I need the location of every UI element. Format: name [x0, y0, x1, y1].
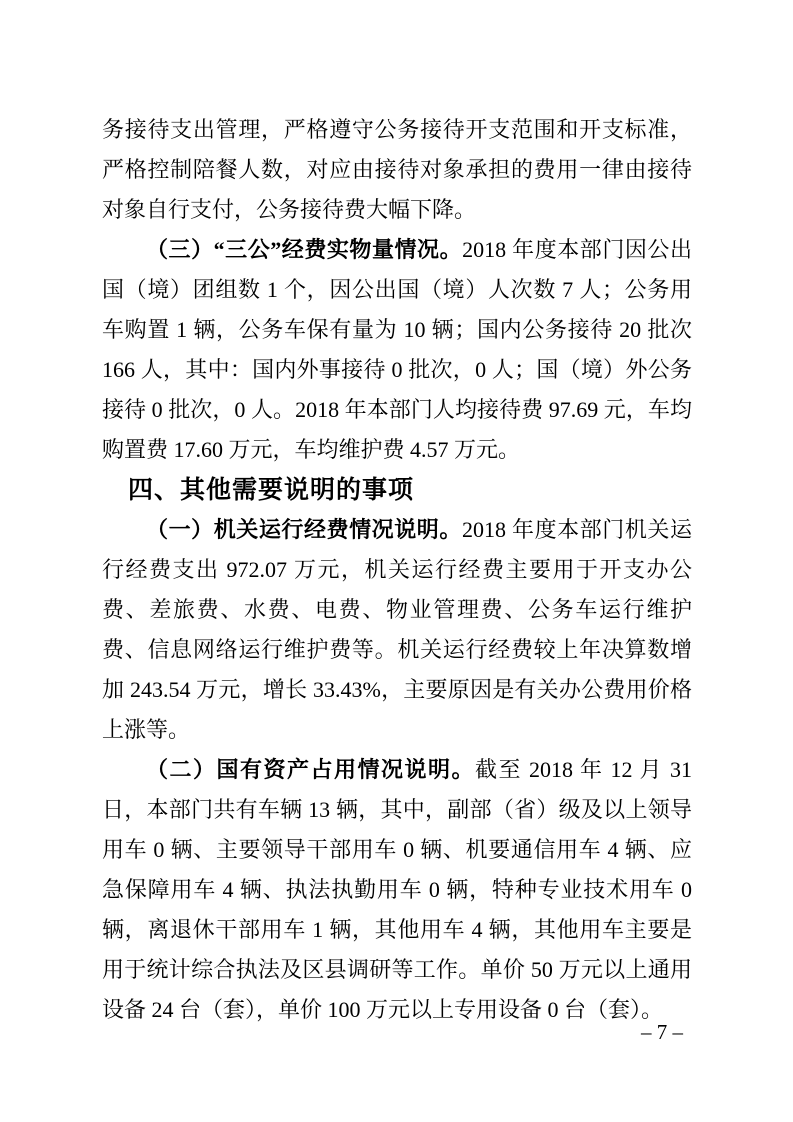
document-page: 务接待支出管理，严格遵守公务接待开支范围和开支标准，严格控制陪餐人数，对应由接待…	[0, 0, 793, 1122]
section-heading-text: 四、其他需要说明的事项	[128, 475, 414, 504]
paragraph-body: 2018 年度本部门机关运行经费支出 972.07 万元，机关运行经费主要用于开…	[102, 517, 692, 742]
paragraph-body: 截至 2018 年 12 月 31 日，本部门共有车辆 13 辆，其中，副部（省…	[102, 757, 692, 1022]
paragraph-section-3: （三）“三公”经费实物量情况。2018 年度本部门因公出国（境）团组数 1 个，…	[102, 230, 692, 470]
paragraph-section-4-2: （二）国有资产占用情况说明。截至 2018 年 12 月 31 日，本部门共有车…	[102, 750, 692, 1030]
paragraph-lead: （一）机关运行经费情况说明。	[146, 517, 462, 542]
page-body-text: 务接待支出管理，严格遵守公务接待开支范围和开支标准，严格控制陪餐人数，对应由接待…	[102, 110, 692, 1030]
section-heading-4: 四、其他需要说明的事项	[102, 470, 692, 510]
paragraph-continuation: 务接待支出管理，严格遵守公务接待开支范围和开支标准，严格控制陪餐人数，对应由接待…	[102, 110, 692, 230]
paragraph-lead: （二）国有资产占用情况说明。	[146, 757, 475, 782]
paragraph-lead: （三）“三公”经费实物量情况。	[146, 237, 462, 262]
paragraph-body: 务接待支出管理，严格遵守公务接待开支范围和开支标准，严格控制陪餐人数，对应由接待…	[102, 117, 692, 222]
page-number: – 7 –	[641, 1019, 683, 1045]
paragraph-body: 2018 年度本部门因公出国（境）团组数 1 个，因公出国（境）人次数 7 人；…	[102, 237, 692, 462]
paragraph-section-4-1: （一）机关运行经费情况说明。2018 年度本部门机关运行经费支出 972.07 …	[102, 510, 692, 750]
